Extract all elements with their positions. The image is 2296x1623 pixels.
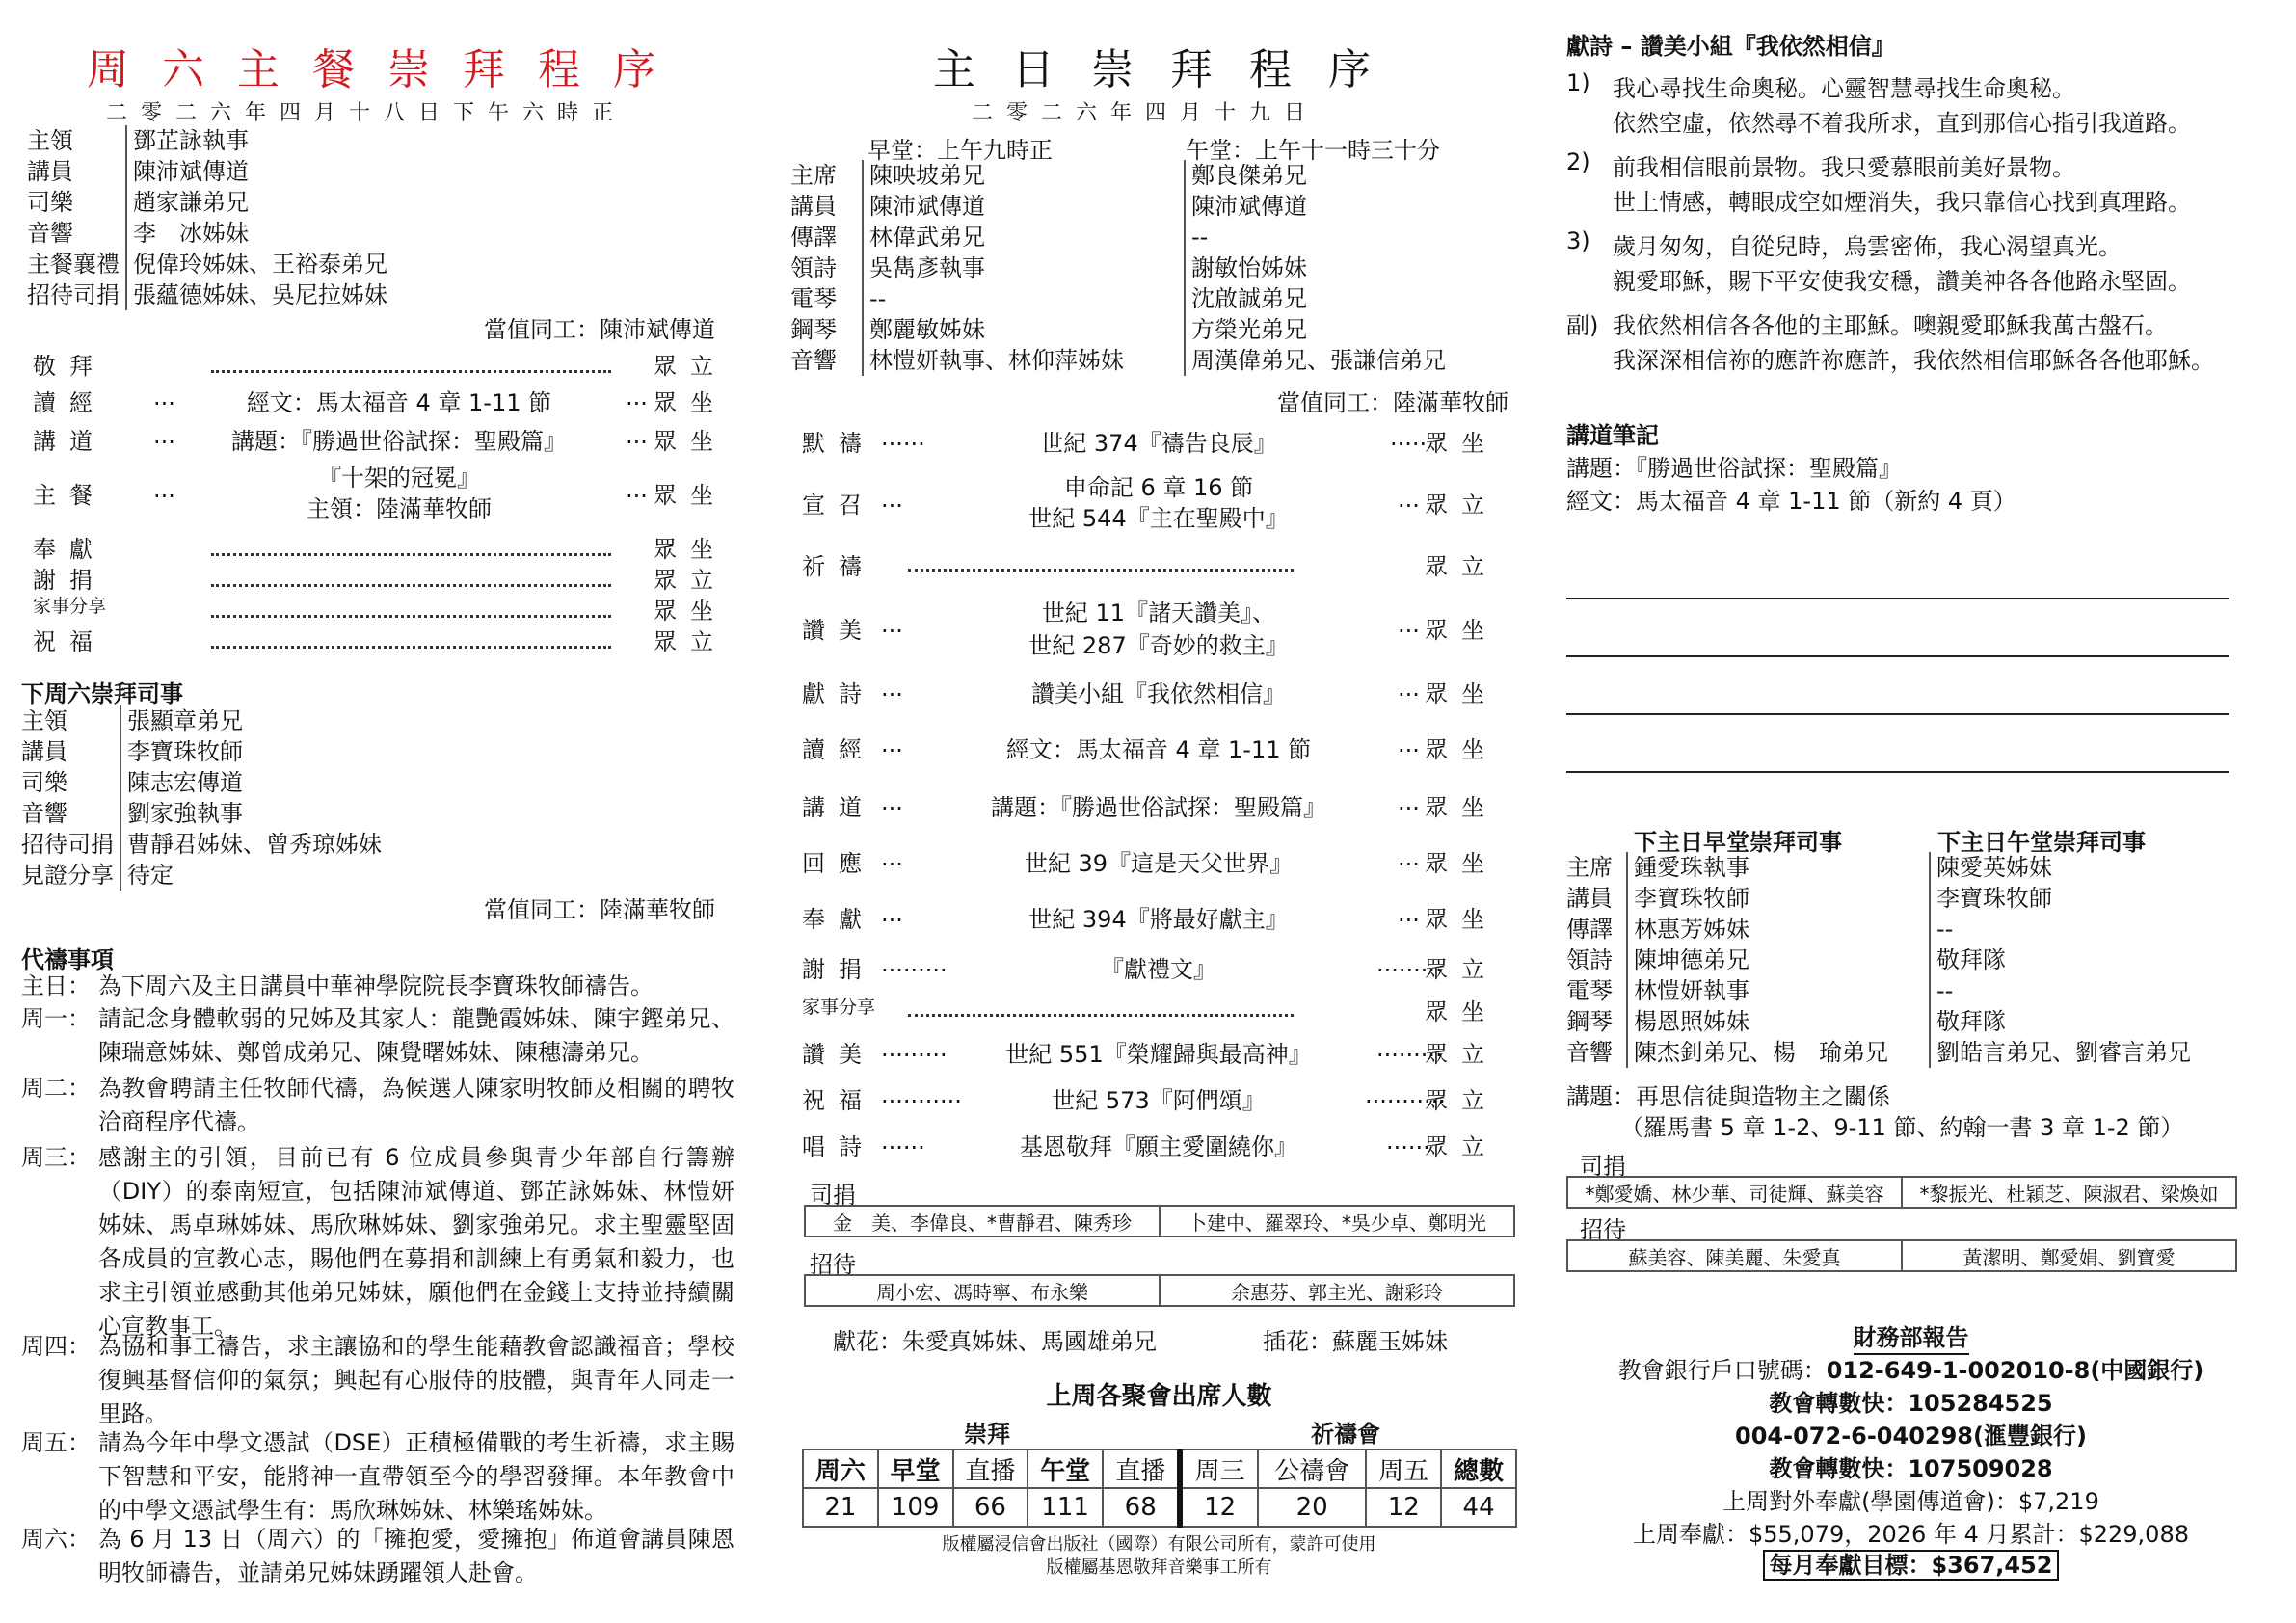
attendance-title: 上周各聚會出席人數 bbox=[790, 1376, 1528, 1412]
lyric-line: 我依然相信各各他的主耶穌。噢親愛耶穌我萬古盤石。 bbox=[1613, 306, 2168, 340]
order-row: 家事分享 眾坐 bbox=[802, 993, 1498, 1024]
role-row: 音響林愷妍執事、林仰萍姊妹周漢偉弟兄、張謙信弟兄 bbox=[790, 345, 1452, 376]
early-name: 鄭麗敏姊妹 bbox=[863, 314, 1185, 345]
role-name: 待定 bbox=[120, 860, 387, 891]
prayer-day: 周四： bbox=[21, 1330, 91, 1364]
monthly-target: 每月奉獻目標：$367,452 bbox=[1763, 1550, 2058, 1581]
order-content: 『獻禮文』 bbox=[947, 950, 1371, 984]
late-name: 鄭良傑弟兄 bbox=[1185, 160, 1452, 191]
next-offering-early: *鄭愛嬌、林少華、司徒輝、蘇美容 bbox=[1567, 1177, 1902, 1208]
order-item: 祈禱 bbox=[802, 547, 875, 581]
notes-topic: 講題：『勝過世俗試探：聖殿篇』 bbox=[1566, 449, 1902, 483]
role-row: 傳譯林惠芳姊妹-- bbox=[1566, 914, 2197, 945]
role-row: 招待司捐張蘊德姊妹、吳尼拉姊妹 bbox=[27, 279, 393, 310]
order-row: 主餐 ... 『十架的冠冕』 主領：陸滿華牧師 ... 眾坐 bbox=[33, 476, 727, 507]
usher-late: 余惠芬、郭主光、謝彩玲 bbox=[1160, 1275, 1514, 1306]
early-name: 楊恩照姊妹 bbox=[1627, 1006, 1930, 1037]
order-content: 世紀 11『諸天讚美』、 bbox=[947, 594, 1371, 627]
role-label: 主領 bbox=[27, 125, 126, 156]
order-row: 讀經 ... 經文：馬太福音 4 章 1-11 節 ... 眾坐 bbox=[802, 731, 1498, 761]
prayer-day: 周三： bbox=[21, 1141, 91, 1175]
attendance-table: 周六 早堂 直播 午堂 直播 周三 公禱會 周五 總數 21 109 66 11… bbox=[802, 1449, 1517, 1528]
order-item: 讀經 bbox=[802, 731, 875, 764]
order-posture: 眾坐 bbox=[654, 592, 727, 625]
role-label: 鋼琴 bbox=[1566, 1006, 1627, 1037]
role-label: 鋼琴 bbox=[790, 314, 863, 345]
next-saturday-duty: 當值同工：陸滿華牧師 bbox=[484, 891, 715, 924]
order-item: 敬拜 bbox=[33, 347, 106, 381]
role-row: 鋼琴鄭麗敏姊妹方榮光弟兄 bbox=[790, 314, 1452, 345]
role-label: 傳譯 bbox=[790, 222, 863, 253]
bank-account-label: 教會銀行戶口號碼： bbox=[1618, 1357, 1827, 1384]
order-row: 祝福 眾立 bbox=[33, 623, 727, 653]
prayer-day: 周二： bbox=[21, 1072, 91, 1105]
finance-bank1: 教會銀行戶口號碼：012-649-1-002010-8(中國銀行) bbox=[1566, 1351, 2256, 1385]
role-row: 招待司捐曹靜君姊妹、曾秀琼姊妹 bbox=[21, 829, 387, 860]
early-name: 林愷妍執事、林仰萍姊妹 bbox=[863, 345, 1185, 376]
prayer-text: 為 6 月 13 日（周六）的「擁抱愛，愛擁抱」佈道會講員陳恩明牧師禱告，並請弟… bbox=[98, 1523, 734, 1590]
order-item: 獻詩 bbox=[802, 675, 875, 708]
late-name: -- bbox=[1185, 222, 1452, 253]
order-row: 祈禱 眾立 bbox=[802, 547, 1498, 578]
early-name: 李寶珠牧師 bbox=[1627, 883, 1930, 914]
role-row: 司樂趙家謙弟兄 bbox=[27, 187, 393, 218]
late-name: 謝敏怡姊妹 bbox=[1185, 253, 1452, 283]
sunday-title: 主日崇拜程序 bbox=[933, 35, 1407, 96]
role-row: 司樂陳志宏傳道 bbox=[21, 767, 387, 798]
role-label: 講員 bbox=[27, 156, 126, 187]
role-row: 音響李 冰姊妹 bbox=[27, 218, 393, 249]
note-line[interactable] bbox=[1566, 598, 2229, 599]
order-posture: 眾坐 bbox=[654, 530, 727, 564]
attendance-value: 111 bbox=[1028, 1488, 1103, 1527]
attendance-group-prayer: 祈禱會 bbox=[1311, 1415, 1380, 1449]
order-row: 敬拜 眾立 bbox=[33, 347, 727, 378]
dotted-leader bbox=[908, 1014, 1294, 1017]
saturday-duty: 當值同工：陳沛斌傳道 bbox=[484, 310, 715, 344]
order-item: 家事分享 bbox=[33, 592, 106, 618]
order-content: 世紀 374『禱告良辰』 bbox=[947, 424, 1371, 458]
order-row: 祝福 ........... 世紀 573『阿們頌』 ........... 眾… bbox=[802, 1081, 1498, 1112]
bank-account-2: 004-072-6-040298(滙豐銀行) bbox=[1566, 1417, 2256, 1450]
order-row: 講道 ... 講題：『勝過世俗試探：聖殿篇』 ... 眾坐 bbox=[802, 788, 1498, 819]
order-row: 回應 ... 世紀 39『這是天父世界』 ... 眾坐 bbox=[802, 844, 1498, 875]
order-posture: 眾立 bbox=[1425, 1035, 1498, 1069]
bank-account-1: 012-649-1-002010-8(中國銀行) bbox=[1827, 1357, 2204, 1384]
order-row: 唱詩 ...... 基恩敬拜『願主愛圍繞你』 ...... 眾立 bbox=[802, 1128, 1498, 1158]
late-name: 方榮光弟兄 bbox=[1185, 314, 1452, 345]
order-item: 謝捐 bbox=[33, 561, 106, 595]
saturday-title: 周六主餐崇拜程序 bbox=[87, 35, 688, 96]
order-item: 奉獻 bbox=[802, 900, 875, 934]
order-content-line2: 世紀 287『奇妙的救主』 bbox=[947, 626, 1371, 660]
order-content: 世紀 573『阿們頌』 bbox=[947, 1081, 1371, 1115]
role-row: 音響劉家強執事 bbox=[21, 798, 387, 829]
role-label: 主席 bbox=[790, 160, 863, 191]
prayer-day: 主日： bbox=[21, 970, 91, 1003]
offering-table: 金 美、李偉良、*曹靜君、陳秀珍卜建中、羅翠玲、*吳少卓、鄭明光 bbox=[804, 1205, 1515, 1237]
late-name: 沈啟誠弟兄 bbox=[1185, 283, 1452, 314]
dotted-leader bbox=[211, 370, 611, 373]
flowers: 獻花：朱愛真姊妹、馬國雄弟兄 bbox=[833, 1322, 1157, 1356]
order-posture: 眾坐 bbox=[1425, 844, 1498, 878]
next-usher-table: 蘇美容、陳美麗、朱愛真黃潔明、鄭愛娟、劉寶愛 bbox=[1566, 1239, 2237, 1272]
attendance-value: 20 bbox=[1258, 1488, 1367, 1527]
role-row: 見證分享待定 bbox=[21, 860, 387, 891]
monthly-target-wrap: 每月奉獻目標：$367,452 bbox=[1566, 1546, 2256, 1580]
role-name: 劉家強執事 bbox=[120, 798, 387, 829]
order-item: 祝福 bbox=[33, 623, 106, 656]
sunday-order: 默禱 ...... 世紀 374『禱告良辰』 ..... 眾坐 宣召 ... 申… bbox=[802, 424, 1498, 1166]
order-row: 謝捐 ......... 『獻禮文』 ......... 眾立 bbox=[802, 950, 1498, 981]
order-posture: 眾立 bbox=[1425, 547, 1498, 581]
order-posture: 眾坐 bbox=[654, 384, 727, 417]
prayer-text: 為教會聘請主任牧師代禱，為候選人陳家明牧師及相關的聘牧洽商程序代禱。 bbox=[98, 1072, 734, 1139]
late-name: 陳沛斌傳道 bbox=[1185, 191, 1452, 222]
order-posture: 眾立 bbox=[654, 623, 727, 656]
role-row: 主領張顯章弟兄 bbox=[21, 705, 387, 736]
role-row: 主領鄧芷詠執事 bbox=[27, 125, 393, 156]
order-posture: 眾坐 bbox=[654, 422, 727, 456]
fps-2: 教會轉數快：107509028 bbox=[1566, 1450, 2256, 1483]
order-posture: 眾立 bbox=[1425, 950, 1498, 984]
lyric-line: 我心尋找生命奧秘。心靈智慧尋找生命奧秘。 bbox=[1613, 69, 2075, 103]
order-content: 世紀 551『榮耀歸與最高神』 bbox=[947, 1035, 1371, 1069]
early-name: 林偉武弟兄 bbox=[863, 222, 1185, 253]
role-label: 音響 bbox=[21, 798, 120, 829]
role-row: 講員陳沛斌傳道 bbox=[27, 156, 393, 187]
role-label: 講員 bbox=[1566, 883, 1627, 914]
order-item: 讀經 bbox=[33, 384, 106, 417]
order-row: 默禱 ...... 世紀 374『禱告良辰』 ..... 眾坐 bbox=[802, 424, 1498, 455]
role-row: 主席鍾愛珠執事陳愛英姊妹 bbox=[1566, 852, 2197, 883]
usher-table: 周小宏、馮時寧、布永樂余惠芬、郭主光、謝彩玲 bbox=[804, 1274, 1515, 1307]
role-row: 領詩吳雋彥執事謝敏怡姊妹 bbox=[790, 253, 1452, 283]
role-name: 鄧芷詠執事 bbox=[126, 125, 393, 156]
order-posture: 眾坐 bbox=[1425, 788, 1498, 822]
role-name: 陳沛斌傳道 bbox=[126, 156, 393, 187]
role-name: 陳志宏傳道 bbox=[120, 767, 387, 798]
lyric-line: 我深深相信祢的應許祢應許，我依然相信耶穌各各他耶穌。 bbox=[1613, 341, 2214, 375]
role-row: 音響陳杰釗弟兄、楊 瑜弟兄劉皓言弟兄、劉睿言弟兄 bbox=[1566, 1037, 2197, 1068]
order-posture: 眾坐 bbox=[1425, 611, 1498, 645]
prayer-text: 請為今年中學文憑試（DSE）正積極備戰的考生祈禱，求主賜下智慧和平安，能將神一直… bbox=[98, 1426, 734, 1528]
flower-arrangement: 插花：蘇麗玉姊妹 bbox=[1263, 1322, 1448, 1356]
role-label: 音響 bbox=[790, 345, 863, 376]
attendance-value: 68 bbox=[1103, 1488, 1180, 1527]
verse-number: 副) bbox=[1566, 306, 1598, 340]
order-posture: 眾坐 bbox=[654, 476, 727, 510]
early-name: 陳映坡弟兄 bbox=[863, 160, 1185, 191]
role-label: 主席 bbox=[1566, 852, 1627, 883]
order-content: 讚美小組『我依然相信』 bbox=[947, 675, 1371, 708]
early-name: 陳沛斌傳道 bbox=[863, 191, 1185, 222]
order-item: 默禱 bbox=[802, 424, 875, 458]
role-label: 司樂 bbox=[27, 187, 126, 218]
verse-number: 2) bbox=[1566, 148, 1590, 175]
lyric-line: 歲月匆匆，自從兒時，烏雲密佈，我心渴望真光。 bbox=[1613, 227, 2122, 261]
order-item: 講道 bbox=[33, 422, 106, 456]
role-name: 趙家謙弟兄 bbox=[126, 187, 393, 218]
dotted-leader bbox=[211, 553, 611, 556]
order-posture: 眾立 bbox=[654, 347, 727, 381]
late-name: 周漢偉弟兄、張謙信弟兄 bbox=[1185, 345, 1452, 376]
saturday-roles-table: 主領鄧芷詠執事 講員陳沛斌傳道 司樂趙家謙弟兄 音響李 冰姊妹 主餐襄禮倪偉玲姊… bbox=[27, 125, 393, 310]
prayer-day: 周五： bbox=[21, 1426, 91, 1460]
attendance-group-worship: 崇拜 bbox=[964, 1415, 1010, 1449]
notes-heading: 講道筆記 bbox=[1566, 416, 1659, 450]
attendance-header: 總數 bbox=[1441, 1450, 1516, 1488]
attendance-value: 12 bbox=[1180, 1488, 1257, 1527]
order-item: 家事分享 bbox=[802, 993, 875, 1019]
order-item: 祝福 bbox=[802, 1081, 875, 1115]
next-offering-table: *鄭愛嬌、林少華、司徒輝、蘇美容*黎振光、杜穎芝、陳淑君、梁煥如 bbox=[1566, 1176, 2237, 1209]
lyric-line: 依然空虛，依然尋不着我所求，直到那信心指引我道路。 bbox=[1613, 104, 2191, 138]
order-content: 講題：『勝過世俗試探：聖殿篇』 bbox=[947, 788, 1371, 822]
role-row: 主席陳映坡弟兄鄭良傑弟兄 bbox=[790, 160, 1452, 191]
order-posture: 眾立 bbox=[654, 561, 727, 595]
order-row: 奉獻 ... 世紀 394『將最好獻主』 ... 眾坐 bbox=[802, 900, 1498, 931]
dotted-leader bbox=[211, 584, 611, 587]
role-label: 司樂 bbox=[21, 767, 120, 798]
order-item: 唱詩 bbox=[802, 1128, 875, 1161]
saturday-date: 二零二六年四月十八日下午六時正 bbox=[106, 96, 627, 126]
role-label: 傳譯 bbox=[1566, 914, 1627, 945]
order-posture: 眾坐 bbox=[1425, 424, 1498, 458]
role-label: 講員 bbox=[21, 736, 120, 767]
order-row: 宣召 ... 申命記 6 章 16 節 世紀 544『主在聖殿中』 ... 眾立 bbox=[802, 486, 1498, 517]
notes-scripture: 經文：馬太福音 4 章 1-11 節（新約 4 頁） bbox=[1566, 482, 2016, 516]
order-posture: 眾立 bbox=[1425, 1081, 1498, 1115]
lyric-line: 前我相信眼前景物。我只愛慕眼前美好景物。 bbox=[1613, 148, 2075, 182]
order-item: 回應 bbox=[802, 844, 875, 878]
usher-early: 周小宏、馮時寧、布永樂 bbox=[805, 1275, 1160, 1306]
prayer-text: 為協和事工禱告，求主讓協和的學生能藉教會認識福音；學校復興基督信仰的氣氛；興起有… bbox=[98, 1330, 734, 1431]
hymn-lyrics: 1) 我心尋找生命奧秘。心靈智慧尋找生命奧秘。 依然空虛，依然尋不着我所求，直到… bbox=[1566, 69, 2256, 378]
external-offering: 上周對外奉獻(學園傳道會)：$7,219 bbox=[1566, 1482, 2256, 1516]
early-name: 陳杰釗弟兄、楊 瑜弟兄 bbox=[1627, 1037, 1930, 1068]
attendance-value: 66 bbox=[953, 1488, 1028, 1527]
attendance-value: 44 bbox=[1441, 1488, 1516, 1527]
late-name: -- bbox=[1930, 975, 2197, 1006]
attendance-header: 公禱會 bbox=[1258, 1450, 1367, 1488]
order-row: 講道 ... 講題：『勝過世俗試探：聖殿篇』 ... 眾坐 bbox=[33, 422, 727, 453]
copyright-line-1: 版權屬浸信會出版社（國際）有限公司所有，蒙許可使用 bbox=[790, 1530, 1528, 1556]
order-posture: 眾坐 bbox=[1425, 993, 1498, 1026]
order-row: 讚美 ... 世紀 11『諸天讚美』、 世紀 287『奇妙的救主』 ... 眾坐 bbox=[802, 611, 1498, 642]
role-name: 張蘊德姊妹、吳尼拉姊妹 bbox=[126, 279, 393, 310]
role-name: 曹靜君姊妹、曾秀琼姊妹 bbox=[120, 829, 387, 860]
prayer-item: 主日： 為下周六及主日講員中華神學院院長李寶珠牧師禱告。 bbox=[21, 970, 734, 1003]
role-name: 張顯章弟兄 bbox=[120, 705, 387, 736]
next-topic: 講題：再思信徒與造物主之關係 bbox=[1566, 1078, 1890, 1111]
early-name: 陳坤德弟兄 bbox=[1627, 945, 1930, 975]
role-row: 鋼琴楊恩照姊妹敬拜隊 bbox=[1566, 1006, 2197, 1037]
role-row: 講員陳沛斌傳道陳沛斌傳道 bbox=[790, 191, 1452, 222]
order-posture: 眾坐 bbox=[1425, 675, 1498, 708]
order-row: 讀經 ... 經文：馬太福音 4 章 1-11 節 ... 眾坐 bbox=[33, 384, 727, 414]
late-name: 劉皓言弟兄、劉睿言弟兄 bbox=[1930, 1037, 2197, 1068]
role-label: 講員 bbox=[790, 191, 863, 222]
role-row: 領詩陳坤德弟兄敬拜隊 bbox=[1566, 945, 2197, 975]
role-row: 電琴--沈啟誠弟兄 bbox=[790, 283, 1452, 314]
prayer-text: 請記念身體軟弱的兄姊及其家人：龍艷霞姊妹、陳宇鏗弟兄、陳瑞意姊妹、鄭曾成弟兄、陳… bbox=[98, 1002, 734, 1070]
order-content: 世紀 394『將最好獻主』 bbox=[947, 900, 1371, 934]
late-name: -- bbox=[1930, 914, 2197, 945]
role-name: 李 冰姊妹 bbox=[126, 218, 393, 249]
order-content: 申命記 6 章 16 節 bbox=[947, 468, 1371, 502]
attendance-value: 109 bbox=[878, 1488, 953, 1527]
order-row: 獻詩 ... 讚美小組『我依然相信』 ... 眾坐 bbox=[802, 675, 1498, 705]
order-row: 讚美 ......... 世紀 551『榮耀歸與最高神』 ......... 眾… bbox=[802, 1035, 1498, 1066]
late-name: 陳愛英姊妹 bbox=[1930, 852, 2197, 883]
order-item: 讚美 bbox=[802, 611, 875, 645]
weekly-offering: 上周奉獻：$55,079，2026 年 4 月累計：$229,088 bbox=[1566, 1515, 2256, 1549]
attendance-value: 21 bbox=[803, 1488, 878, 1527]
attendance-header: 周五 bbox=[1366, 1450, 1441, 1488]
order-content-line2: 世紀 544『主在聖殿中』 bbox=[947, 499, 1371, 533]
dotted-leader bbox=[211, 615, 611, 618]
finance-heading: 財務部報告 bbox=[1566, 1318, 2256, 1352]
saturday-order: 敬拜 眾立 讀經 ... 經文：馬太福音 4 章 1-11 節 ... 眾坐 講… bbox=[33, 347, 727, 655]
role-label: 招待司捐 bbox=[27, 279, 126, 310]
prayer-day: 周一： bbox=[21, 1002, 91, 1036]
role-label: 音響 bbox=[27, 218, 126, 249]
early-name: 林愷妍執事 bbox=[1627, 975, 1930, 1006]
order-content: 經文：馬太福音 4 章 1-11 節 bbox=[197, 384, 601, 417]
role-label: 音響 bbox=[1566, 1037, 1627, 1068]
sunday-date: 二零二六年四月十九日 bbox=[972, 96, 1319, 126]
order-item: 宣召 bbox=[802, 486, 875, 519]
late-name: 李寶珠牧師 bbox=[1930, 883, 2197, 914]
role-label: 電琴 bbox=[1566, 975, 1627, 1006]
role-label: 招待司捐 bbox=[21, 829, 120, 860]
role-name: 李寶珠牧師 bbox=[120, 736, 387, 767]
sunday-duty: 當值同工：陸滿華牧師 bbox=[1277, 384, 1508, 417]
role-row: 講員李寶珠牧師李寶珠牧師 bbox=[1566, 883, 2197, 914]
attendance-header: 直播 bbox=[953, 1450, 1028, 1488]
attendance-header: 直播 bbox=[1103, 1450, 1180, 1488]
order-row: 謝捐 眾立 bbox=[33, 561, 727, 592]
role-row: 傳譯林偉武弟兄-- bbox=[790, 222, 1452, 253]
early-name: 林惠芳姊妹 bbox=[1627, 914, 1930, 945]
early-name: 吳雋彥執事 bbox=[863, 253, 1185, 283]
lyric-line: 世上情感，轉眼成空如煙消失，我只靠信心找到真理路。 bbox=[1613, 183, 2191, 217]
next-saturday-roles-table: 主領張顯章弟兄 講員李寶珠牧師 司樂陳志宏傳道 音響劉家強執事 招待司捐曹靜君姊… bbox=[21, 705, 387, 891]
order-item: 奉獻 bbox=[33, 530, 106, 564]
early-name: -- bbox=[863, 283, 1185, 314]
attendance-header: 周三 bbox=[1180, 1450, 1257, 1488]
late-name: 敬拜隊 bbox=[1930, 1006, 2197, 1037]
attendance-header-row: 周六 早堂 直播 午堂 直播 周三 公禱會 周五 總數 bbox=[803, 1450, 1516, 1488]
role-row: 電琴林愷妍執事-- bbox=[1566, 975, 2197, 1006]
next-sunday-roles-table: 主席鍾愛珠執事陳愛英姊妹 講員李寶珠牧師李寶珠牧師 傳譯林惠芳姊妹-- 領詩陳坤… bbox=[1566, 852, 2197, 1068]
next-offering-late: *黎振光、杜穎芝、陳淑君、梁煥如 bbox=[1902, 1177, 2236, 1208]
order-content: 世紀 39『這是天父世界』 bbox=[947, 844, 1371, 878]
order-item: 讚美 bbox=[802, 1035, 875, 1069]
prayer-day: 周六： bbox=[21, 1523, 91, 1556]
verse-number: 3) bbox=[1566, 227, 1590, 254]
copyright-line-2: 版權屬基恩敬拜音樂事工所有 bbox=[790, 1554, 1528, 1579]
verse-number: 1) bbox=[1566, 69, 1590, 96]
dotted-leader bbox=[908, 569, 1294, 572]
order-item: 主餐 bbox=[33, 476, 106, 510]
order-posture: 眾坐 bbox=[1425, 731, 1498, 764]
role-row: 主餐襄禮倪偉玲姊妹、王裕泰弟兄 bbox=[27, 249, 393, 279]
role-label: 領詩 bbox=[790, 253, 863, 283]
dotted-leader bbox=[211, 646, 611, 649]
prayer-text: 感謝主的引領，目前已有 6 位成員參與青少年部自行籌辦（DIY）的泰南短宣，包括… bbox=[98, 1141, 734, 1344]
order-row: 奉獻 眾坐 bbox=[33, 530, 727, 561]
role-name: 倪偉玲姊妹、王裕泰弟兄 bbox=[126, 249, 393, 279]
sunday-roles-table: 主席陳映坡弟兄鄭良傑弟兄 講員陳沛斌傳道陳沛斌傳道 傳譯林偉武弟兄-- 領詩吳雋… bbox=[790, 160, 1452, 376]
attendance-header: 周六 bbox=[803, 1450, 878, 1488]
prayer-text: 為下周六及主日講員中華神學院院長李寶珠牧師禱告。 bbox=[98, 970, 734, 1003]
role-row: 講員李寶珠牧師 bbox=[21, 736, 387, 767]
order-content: 經文：馬太福音 4 章 1-11 節 bbox=[947, 731, 1371, 764]
offering-late: 卜建中、羅翠玲、*吳少卓、鄭明光 bbox=[1160, 1206, 1514, 1237]
note-line[interactable] bbox=[1566, 713, 2229, 715]
order-content-line2: 主領：陸滿華牧師 bbox=[197, 490, 601, 523]
late-name: 敬拜隊 bbox=[1930, 945, 2197, 975]
order-item: 謝捐 bbox=[802, 950, 875, 984]
offering-early: 金 美、李偉良、*曹靜君、陳秀珍 bbox=[805, 1206, 1160, 1237]
order-content: 基恩敬拜『願主愛圍繞你』 bbox=[947, 1128, 1371, 1161]
attendance-value: 12 bbox=[1366, 1488, 1441, 1527]
hymn-heading: 獻詩 – 讚美小組『我依然相信』 bbox=[1566, 27, 1895, 61]
next-usher-early: 蘇美容、陳美麗、朱愛真 bbox=[1567, 1240, 1902, 1271]
note-line[interactable] bbox=[1566, 655, 2229, 657]
role-label: 電琴 bbox=[790, 283, 863, 314]
early-name: 鍾愛珠執事 bbox=[1627, 852, 1930, 883]
next-scripture: （羅馬書 5 章 1-2、9-11 節、約翰一書 3 章 1-2 節） bbox=[1620, 1108, 2183, 1142]
order-posture: 眾坐 bbox=[1425, 900, 1498, 934]
next-saturday-heading: 下周六崇拜司事 bbox=[21, 675, 183, 708]
order-content: 『十架的冠冕』 bbox=[197, 459, 601, 492]
attendance-header: 午堂 bbox=[1028, 1450, 1103, 1488]
order-posture: 眾立 bbox=[1425, 486, 1498, 519]
fps-1: 教會轉數快：105284525 bbox=[1566, 1384, 2256, 1418]
order-content: 講題：『勝過世俗試探：聖殿篇』 bbox=[197, 422, 601, 456]
order-item: 講道 bbox=[802, 788, 875, 822]
next-usher-late: 黃潔明、鄭愛娟、劉寶愛 bbox=[1902, 1240, 2236, 1271]
role-label: 主餐襄禮 bbox=[27, 249, 126, 279]
order-posture: 眾立 bbox=[1425, 1128, 1498, 1161]
lyric-line: 親愛耶穌，賜下平安使我安穩，讚美神各各他路永堅固。 bbox=[1613, 262, 2191, 296]
attendance-value-row: 21 109 66 111 68 12 20 12 44 bbox=[803, 1488, 1516, 1527]
note-line[interactable] bbox=[1566, 771, 2229, 773]
role-label: 見證分享 bbox=[21, 860, 120, 891]
role-label: 領詩 bbox=[1566, 945, 1627, 975]
attendance-header: 早堂 bbox=[878, 1450, 953, 1488]
order-row: 家事分享 眾坐 bbox=[33, 592, 727, 623]
role-label: 主領 bbox=[21, 705, 120, 736]
